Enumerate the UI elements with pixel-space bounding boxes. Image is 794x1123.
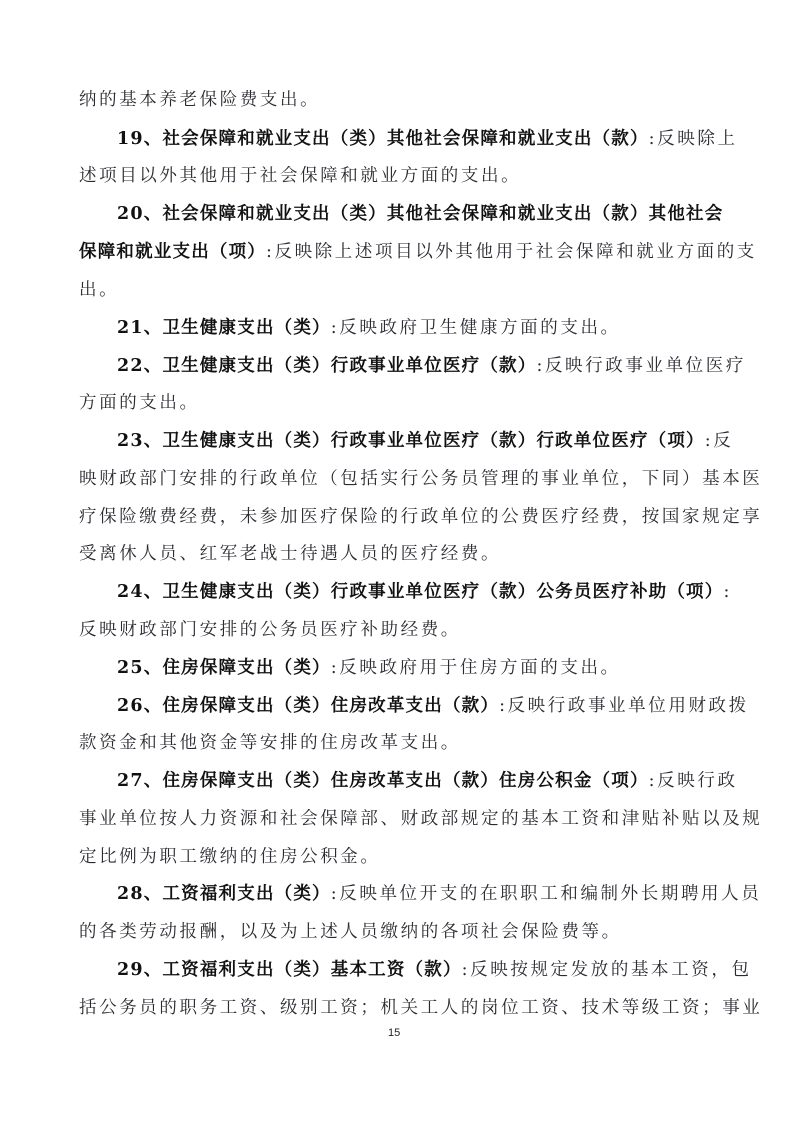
text-line: 括公务员的职务工资、级别工资；机关工人的岗位工资、技术等级工资；事业 [79,996,719,1020]
text-line: 27、住房保障支出（类）住房改革支出（款）住房公积金（项）:反映行政 [117,769,719,793]
text-line: 反映财政部门安排的公务员医疗补助经费。 [79,618,719,642]
item-heading: 23、卫生健康支出（类）行政事业单位医疗（款）行政单位医疗（项） [117,431,705,451]
text-line: 24、卫生健康支出（类）行政事业单位医疗（款）公务员医疗补助（项）: [117,580,719,604]
text-line: 22、卫生健康支出（类）行政事业单位医疗（款）:反映行政事业单位医疗 [117,354,719,378]
item-heading: 19、社会保障和就业支出（类）其他社会保障和就业支出（款） [117,129,649,149]
item-description: :反映行政 [649,771,738,791]
text-line: 受离休人员、红军老战士待遇人员的医疗经费。 [79,542,719,566]
item-description: :反映除上 [649,129,738,149]
text-line: 定比例为职工缴纳的住房公积金。 [79,845,719,869]
text-line: 疗保险缴费经费，未参加医疗保险的行政单位的公费医疗经费，按国家规定享 [79,505,719,529]
document-page: 纳的基本养老保险费支出。19、社会保障和就业支出（类）其他社会保障和就业支出（款… [0,0,794,1123]
item-heading: 28、工资福利支出（类） [117,884,331,904]
item-heading: 25、住房保障支出（类） [117,658,331,678]
item-description: 定比例为职工缴纳的住房公积金。 [79,847,381,867]
text-line: 19、社会保障和就业支出（类）其他社会保障和就业支出（款）:反映除上 [117,127,719,151]
text-line: 述项目以外其他用于社会保障和就业方面的支出。 [79,164,719,188]
item-description: :反映除上述项目以外其他用于社会保障和就业方面的支 [266,242,757,262]
text-line: 事业单位按人力资源和社会保障部、财政部规定的基本工资和津贴补贴以及规 [79,807,719,831]
item-description: 映财政部门安排的行政单位（包括实行公务员管理的事业单位，下同）基本医 [79,469,762,489]
text-line: 保障和就业支出（项）:反映除上述项目以外其他用于社会保障和就业方面的支 [79,240,719,264]
item-description: 的各类劳动报酬，以及为上述人员缴纳的各项社会保险费等。 [79,922,622,942]
item-description: 述项目以外其他用于社会保障和就业方面的支出。 [79,166,521,186]
item-heading: 22、卫生健康支出（类）行政事业单位医疗（款） [117,356,536,376]
item-heading: 保障和就业支出（项） [79,242,266,262]
page-number: 15 [388,1027,400,1039]
item-description: : [723,582,732,602]
item-heading: 26、住房保障支出（类）住房改革支出（款） [117,696,499,716]
text-line: 20、社会保障和就业支出（类）其他社会保障和就业支出（款）其他社会 [117,202,719,226]
text-line: 的各类劳动报酬，以及为上述人员缴纳的各项社会保险费等。 [79,920,719,944]
item-description: 方面的支出。 [79,393,200,413]
item-description: :反映单位开支的在职职工和编制外长期聘用人员 [331,884,762,904]
text-line: 纳的基本养老保险费支出。 [79,88,719,112]
text-line: 28、工资福利支出（类）:反映单位开支的在职职工和编制外长期聘用人员 [117,882,719,906]
item-heading: 27、住房保障支出（类）住房改革支出（款）住房公积金（项） [117,771,649,791]
item-description: 事业单位按人力资源和社会保障部、财政部规定的基本工资和津贴补贴以及规 [79,809,762,829]
item-description: :反映行政事业单位医疗 [536,356,746,376]
item-heading: 29、工资福利支出（类）基本工资（款） [117,960,462,980]
item-description: :反映行政事业单位用财政拨 [499,696,749,716]
item-description: 疗保险缴费经费，未参加医疗保险的行政单位的公费医疗经费，按国家规定享 [79,507,762,527]
item-description: :反映政府卫生健康方面的支出。 [331,318,621,338]
text-line: 出。 [79,278,719,302]
text-line: 21、卫生健康支出（类）:反映政府卫生健康方面的支出。 [117,316,719,340]
item-description: 反映财政部门安排的公务员医疗补助经费。 [79,620,461,640]
item-description: 出。 [79,280,119,300]
text-line: 29、工资福利支出（类）基本工资（款）:反映按规定发放的基本工资，包 [117,958,719,982]
item-heading: 24、卫生健康支出（类）行政事业单位医疗（款）公务员医疗补助（项） [117,582,723,602]
text-line: 款资金和其他资金等安排的住房改革支出。 [79,731,719,755]
text-line: 23、卫生健康支出（类）行政事业单位医疗（款）行政单位医疗（项）:反 [117,429,719,453]
text-line: 映财政部门安排的行政单位（包括实行公务员管理的事业单位，下同）基本医 [79,467,719,491]
item-description: :反映按规定发放的基本工资，包 [462,960,752,980]
item-description: 款资金和其他资金等安排的住房改革支出。 [79,733,461,753]
item-description: :反映政府用于住房方面的支出。 [331,658,621,678]
item-description: 受离休人员、红军老战士待遇人员的医疗经费。 [79,544,501,564]
item-description: 括公务员的职务工资、级别工资；机关工人的岗位工资、技术等级工资；事业 [79,998,762,1018]
item-heading: 21、卫生健康支出（类） [117,318,331,338]
text-line: 25、住房保障支出（类）:反映政府用于住房方面的支出。 [117,656,719,680]
item-description: :反 [705,431,734,451]
text-line: 方面的支出。 [79,391,719,415]
item-heading: 20、社会保障和就业支出（类）其他社会保障和就业支出（款）其他社会 [117,204,723,224]
text-line: 26、住房保障支出（类）住房改革支出（款）:反映行政事业单位用财政拨 [117,694,719,718]
item-description: 纳的基本养老保险费支出。 [79,90,320,110]
